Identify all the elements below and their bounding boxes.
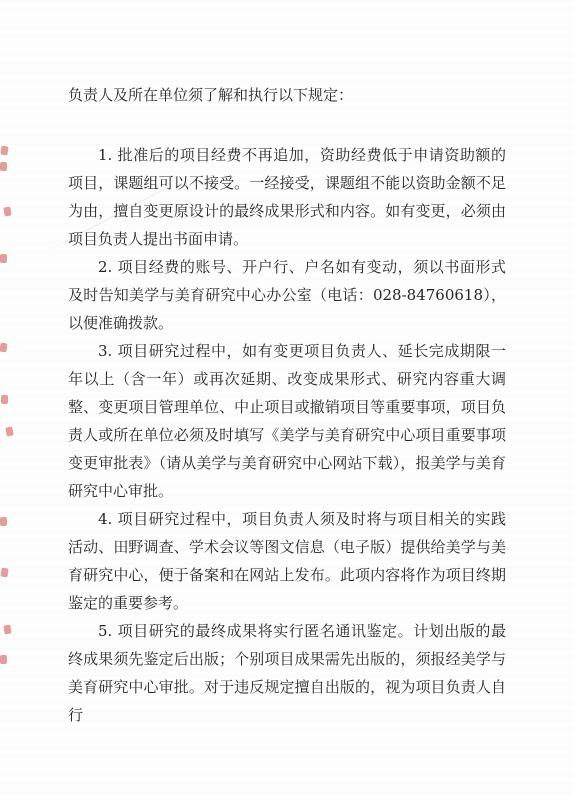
red-speck-artifact [0,343,8,353]
regulation-paragraph-1: 1. 批准后的项目经费不再追加，资助经费低于申请资助额的项目，课题组可以不接受。… [68,141,506,253]
body-paragraphs: 1. 批准后的项目经费不再追加，资助经费低于申请资助额的项目，课题组可以不接受。… [68,141,506,729]
regulation-paragraph-4: 4. 项目研究过程中，项目负责人须及时将与项目相关的实践活动、田野调查、学术会议… [68,505,506,617]
red-speck-artifact [1,395,8,404]
red-speck-artifact [0,517,7,526]
document-page: { "document": { "intro_line": "负责人及所在单位须… [0,0,573,796]
regulation-paragraph-3: 3. 项目研究过程中，如有变更项目负责人、延长完成期限一年以上（含一年）或再次延… [68,337,506,505]
red-speck-artifact [0,568,8,578]
red-speck-artifact [3,206,11,216]
red-speck-artifact [0,162,7,171]
red-speck-artifact [3,624,11,634]
red-speck-artifact [5,426,13,436]
red-speck-artifact [0,146,8,156]
red-speck-artifact [0,254,7,263]
page: 负责人及所在单位须了解和执行以下规定： 1. 批准后的项目经费不再追加，资助经费… [0,0,573,796]
regulation-paragraph-5: 5. 项目研究的最终成果将实行匿名通讯鉴定。计划出版的最终成果须先鉴定后出版；个… [68,617,506,729]
red-speck-artifact [0,655,7,664]
regulation-paragraph-2: 2. 项目经费的账号、开户行、户名如有变动，须以书面形式及时告知美学与美育研究中… [68,253,506,337]
intro-line: 负责人及所在单位须了解和执行以下规定： [68,81,506,109]
